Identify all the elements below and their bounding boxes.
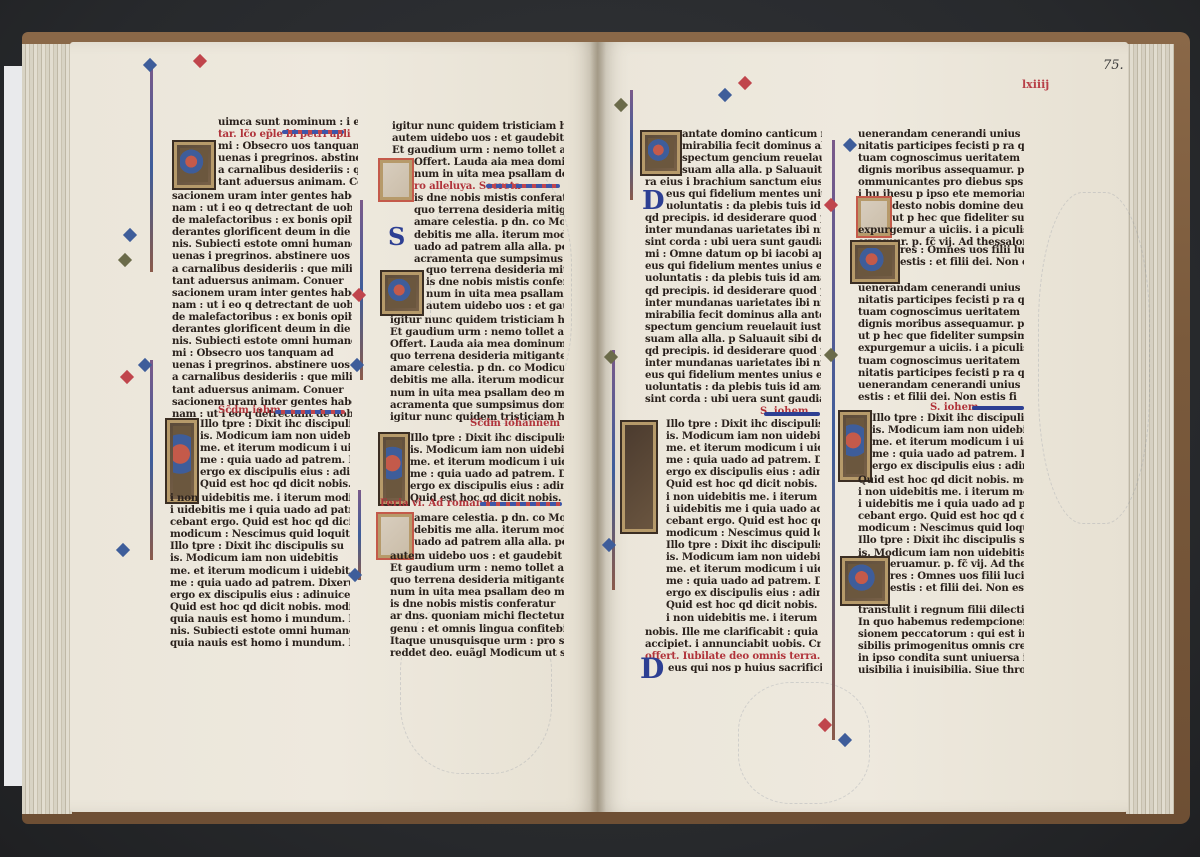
right-col2-text-bottom: transtulit i regnum filii dilectionis su… <box>858 604 1024 677</box>
folio-number: 75. <box>1103 58 1124 73</box>
line-filler <box>486 184 560 188</box>
decorated-initial-R <box>172 140 216 190</box>
decorated-initial-F <box>840 556 890 606</box>
gutter-shadow <box>590 42 606 812</box>
line-filler <box>282 130 344 134</box>
left-col2-text-gospel: Illo tpre : Dixit ihc discipulis su is. … <box>410 432 564 505</box>
lombard-initial-D: D <box>640 652 664 685</box>
ivy-spray-stem <box>150 360 153 560</box>
decorated-initial-H <box>378 158 414 202</box>
right-col2-text-epistle2: eruamur. p. fc̃ vij. Ad thessalonicenses… <box>890 558 1024 594</box>
ivy-spray-stem <box>612 350 615 590</box>
ivy-spray-stem <box>832 140 835 740</box>
left-col1-text-mid: sacionem uram inter gentes habentes bo n… <box>172 190 352 420</box>
left-col1-pericope: Illo tpre : Dixit ihc discipulis su is. … <box>200 418 350 491</box>
decorated-initial-I <box>838 410 872 482</box>
left-col2-text-offert: Offert. Lauda aia mea dominum. laudabo d… <box>414 156 564 265</box>
left-col1-text-top: uimca sunt nominum : i ea que sunt apta … <box>218 116 358 189</box>
right-col1-text-bottom: nobis. Ille me clarificabit : quia de me… <box>645 626 821 662</box>
rubric-gospel-john: Sc̃dm iohm <box>218 405 281 416</box>
rubric-feria-romans: Feria vi. Ad romanos <box>380 498 495 509</box>
running-head: lxiiij <box>1022 78 1049 91</box>
decorated-initial-I <box>620 420 658 534</box>
ivy-spray-stem <box>358 490 361 580</box>
right-col1-text-mid: qd precipis. id desiderare quod promitti… <box>645 212 821 406</box>
right-col2-text-gospel: Illo tpre : Dixit ihc discipulis su is. … <box>872 412 1024 472</box>
line-filler <box>275 410 345 414</box>
right-col2-text-postcom: desto nobis domine deus nr. postcom ut p… <box>892 200 1024 224</box>
page-stack-left <box>22 44 72 814</box>
right-col1-text-collect: eus qui fidelium mentes unius efficis uo… <box>666 188 822 212</box>
right-col1-text-top: antate domino canticum nouum alla q mira… <box>682 128 822 176</box>
right-col1-text-oratio: ra eius i brachium sanctum eius. oro <box>645 176 821 188</box>
left-col2-text-mid: igitur nunc quidem tristiciam habetis. I… <box>390 314 564 423</box>
ivy-spray-stem <box>630 90 633 200</box>
lombard-initial-S: S <box>388 222 405 251</box>
line-filler <box>480 502 562 506</box>
decorated-initial-A <box>380 270 424 316</box>
right-col2-text-gospel-cont: Quid est hoc qd dicit nobis. modicu i no… <box>858 474 1024 559</box>
line-filler <box>764 412 820 416</box>
right-col1-text-secret: eus qui nos p huius sacrificii orac <box>668 662 822 674</box>
ivy-spray-stem <box>150 62 153 272</box>
decorated-initial-I <box>378 432 410 506</box>
decorated-initial-C <box>640 130 682 176</box>
right-col2-text-top: uenerandam cenerandi unius summeque diui… <box>858 128 1024 201</box>
rubric-gospel-john: Sc̃dm iohannem <box>470 418 560 429</box>
left-col2-text-romans: amare celestia. p dn. co Modicum i no ui… <box>414 512 564 548</box>
show-through-decoration <box>1038 192 1150 524</box>
right-col2-text-mid: uenerandam cenerandi unius summeque diui… <box>858 282 1024 403</box>
show-through-decoration <box>738 682 870 804</box>
left-col2-text-epistle: quo terrena desideria mitigantes discam … <box>426 264 564 312</box>
left-col2-text-top: igitur nunc quidem tristiciam habetis. I… <box>392 120 564 156</box>
left-col2-text-bottom: autem uidebo uos : et gaudebit cor urm. … <box>390 550 564 659</box>
decorated-initial-F <box>850 240 900 284</box>
line-filler <box>972 406 1024 410</box>
right-col2-text-epistle: res : Omnes uos filii lucis estis : et f… <box>900 244 1024 268</box>
left-col1-text-bottom: i non uidebitis me. i iterum modicum i u… <box>170 492 350 649</box>
right-col1-text-gospel: Illo tpre : Dixit ihc discipulis su is. … <box>666 418 820 624</box>
